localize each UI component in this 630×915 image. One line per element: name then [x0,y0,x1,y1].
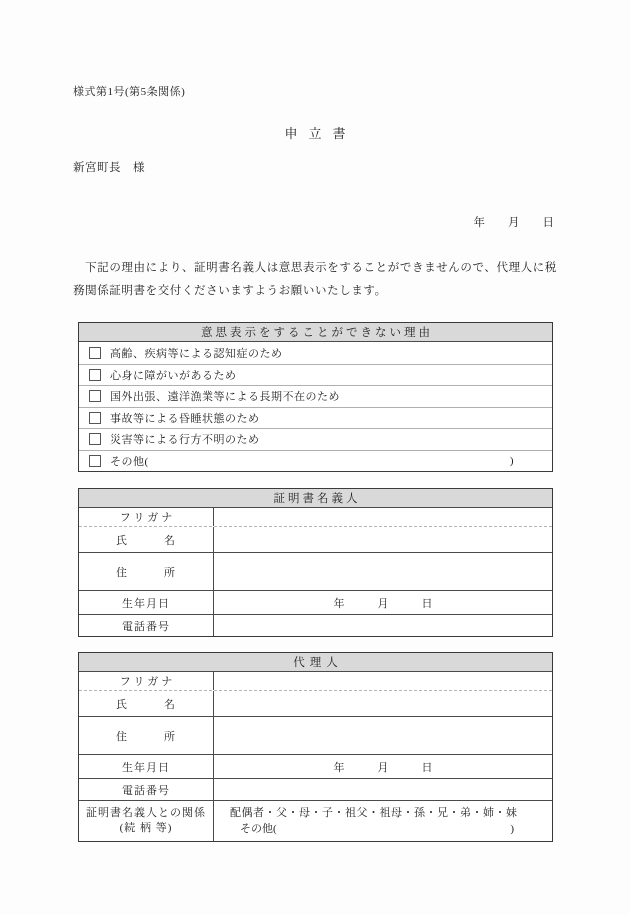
reason-label: 事故等による昏睡状態のため [110,410,260,426]
reason-table: 意思表示をすることができない理由 高齢、疾病等による認知症のため 心身に障がいが… [78,322,553,472]
relation-label-line2: (続 柄 等) [120,821,173,836]
holder-name-row: 氏 名 [79,526,552,552]
agent-birthdate-field[interactable]: 年 月 日 [214,755,552,778]
agent-name-field[interactable] [214,691,552,716]
body-paragraph: 下記の理由により、証明書名義人は意思表示をすることができませんので、代理人に税務… [73,257,557,303]
agent-phone-field[interactable] [214,779,552,800]
reason-row-other: その他( ) [79,450,552,472]
birthdate-label: 生年月日 [79,755,214,778]
holder-birth-row: 生年月日 年 月 日 [79,590,552,614]
reason-label: その他( [110,453,149,469]
reason-label: 国外出張、遠洋漁業等による長期不在のため [110,388,340,404]
agent-furigana-field[interactable] [214,672,552,690]
holder-phone-field[interactable] [214,615,552,636]
reason-row: 高齢、疾病等による認知症のため [79,342,552,364]
relation-other-line: その他( ) [214,821,552,837]
phone-label: 電話番号 [79,779,214,800]
agent-table-header: 代理人 [79,653,552,672]
holder-table-header: 証明書名義人 [79,489,552,508]
relation-other-label: その他( [240,821,277,837]
checkbox-icon[interactable] [89,455,101,467]
furigana-label: フリガナ [79,508,214,526]
phone-label: 電話番号 [79,615,214,636]
reason-row: 災害等による行方不明のため [79,428,552,450]
checkbox-icon[interactable] [89,347,101,359]
reason-row: 事故等による昏睡状態のため [79,407,552,429]
page-title: 申立書 [0,123,630,142]
holder-furigana-row: フリガナ [79,508,552,526]
form-number: 様式第1号(第5条関係) [73,83,185,99]
holder-name-field[interactable] [214,527,552,552]
agent-furigana-row: フリガナ [79,672,552,690]
date-line: 年 月 日 [474,214,555,230]
holder-address-field[interactable] [214,553,552,590]
relation-other-fill-in-field[interactable] [277,821,511,837]
agent-relation-row: 証明書名義人との関係 (続 柄 等) 配偶者・父・母・子・祖父・祖母・孫・兄・弟… [79,800,552,841]
reason-label: 災害等による行方不明のため [110,431,260,447]
holder-address-row: 住 所 [79,552,552,590]
holder-furigana-field[interactable] [214,508,552,526]
agent-address-field[interactable] [214,717,552,754]
name-label: 氏 名 [79,527,214,552]
agent-birth-row: 生年月日 年 月 日 [79,754,552,778]
checkbox-icon[interactable] [89,412,101,424]
agent-name-row: 氏 名 [79,690,552,716]
agent-table: 代理人 フリガナ 氏 名 住 所 生年月日 年 月 日 電話番号 証明書名義人と… [78,652,553,842]
agent-address-row: 住 所 [79,716,552,754]
close-paren: ) [510,821,514,837]
holder-phone-row: 電話番号 [79,614,552,636]
checkbox-icon[interactable] [89,433,101,445]
relation-label-line1: 証明書名義人との関係 [86,806,206,821]
agent-phone-row: 電話番号 [79,778,552,800]
addressee: 新宮町長 様 [73,159,145,175]
relation-value: 配偶者・父・母・子・祖父・祖母・孫・兄・弟・姉・妹 その他( ) [214,801,552,841]
address-label: 住 所 [79,717,214,754]
checkbox-icon[interactable] [89,369,101,381]
address-label: 住 所 [79,553,214,590]
reason-label: 心身に障がいがあるため [110,367,237,383]
form-page: 様式第1号(第5条関係) 申立書 新宮町長 様 年 月 日 下記の理由により、証… [0,0,630,915]
relation-options: 配偶者・父・母・子・祖父・祖母・孫・兄・弟・姉・妹 [214,805,552,821]
reason-row: 国外出張、遠洋漁業等による長期不在のため [79,385,552,407]
relation-label: 証明書名義人との関係 (続 柄 等) [79,801,214,841]
checkbox-icon[interactable] [89,390,101,402]
holder-birthdate-field[interactable]: 年 月 日 [214,591,552,614]
reason-table-header: 意思表示をすることができない理由 [79,323,552,342]
birthdate-label: 生年月日 [79,591,214,614]
name-label: 氏 名 [79,691,214,716]
reason-label: 高齢、疾病等による認知症のため [110,345,283,361]
furigana-label: フリガナ [79,672,214,690]
reason-row: 心身に障がいがあるため [79,364,552,386]
holder-table: 証明書名義人 フリガナ 氏 名 住 所 生年月日 年 月 日 電話番号 [78,488,553,637]
close-paren: ) [510,455,514,467]
